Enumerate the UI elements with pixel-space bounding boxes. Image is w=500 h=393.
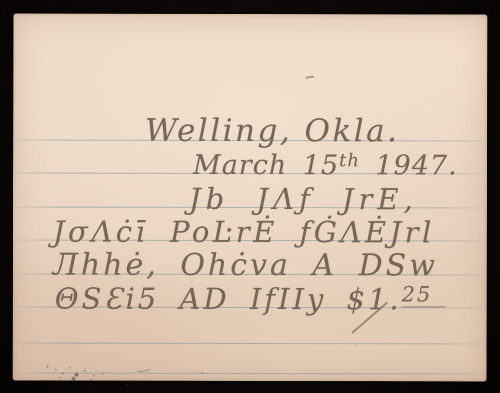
date-year: 1947. [360, 150, 458, 181]
pencil-speck [355, 344, 357, 346]
ruled-line [13, 373, 487, 375]
pencil-smudge-cluster [47, 366, 49, 368]
pencil-dash-mark [305, 76, 314, 79]
handwriting-line-3: Jb JΛƒ JrE, [189, 185, 418, 214]
pencil-speck [201, 372, 204, 374]
amount-text: ΘSƐi5 AD IfIIy $1. [55, 282, 402, 317]
date-ordinal: th [339, 150, 360, 171]
scan-background: Welling, Okla. March 15th 1947. Jb JΛƒ J… [0, 0, 500, 393]
handwriting-line-4: JσΛċī PoĿrĖ ƒĠΛĖJrl [53, 218, 435, 248]
pencil-squiggle-mark [135, 364, 152, 373]
amount-cents: 25 [402, 282, 447, 307]
date-text: March 15 [193, 150, 339, 181]
handwriting-line-date: March 15th 1947. [193, 152, 458, 180]
handwriting-line-place: Welling, Okla. [145, 116, 399, 148]
note-paper: Welling, Okla. March 15th 1947. Jb JΛƒ J… [13, 14, 488, 382]
ruled-line [13, 343, 487, 345]
handwriting-line-5: Лhhė, Ohċva A DSw [53, 251, 438, 282]
handwriting-line-amount: ΘSƐi5 AD IfIIy $1.25 [55, 285, 447, 315]
